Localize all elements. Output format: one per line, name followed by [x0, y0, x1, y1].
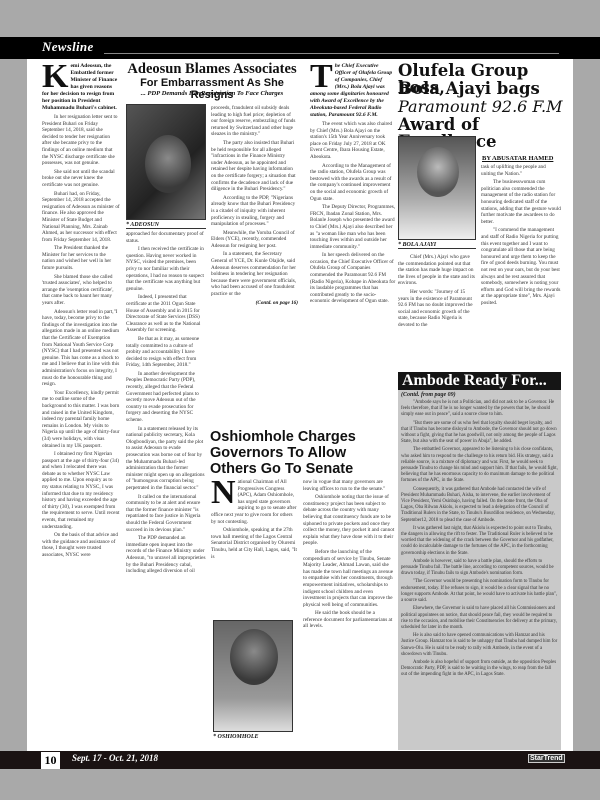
ambode-headline: Ambode Ready For... — [398, 372, 561, 390]
paragraph: "The Governor would be presenting his no… — [401, 579, 558, 604]
brand-logo: StarTrend — [528, 754, 565, 763]
paragraph: Your Excellency, kindly permit me to out… — [42, 390, 120, 449]
paragraph: It was gathered last night, that Akiolu … — [401, 526, 558, 557]
ajayi-column-1: T he Chief Executive Officer of Olufela … — [310, 63, 396, 307]
adeosun-headline-1: Adeosun Blames Associates — [123, 62, 301, 77]
oshiomhole-photo-caption: * OSHIOMHOLE — [213, 734, 293, 740]
paragraph: proceeds, fraudulent oil subsidy deals l… — [211, 105, 298, 138]
paragraph: In a statement, the Secretary General of… — [211, 251, 298, 297]
paragraph: She said not until the scandal broke out… — [42, 169, 120, 189]
paragraph: now in vogue that many governors are lea… — [303, 479, 395, 492]
paragraph: He said the book should be a reference d… — [303, 610, 395, 630]
paragraph: The businesswoman cum politician also co… — [481, 179, 561, 225]
adeosun-column-3: proceeds, fraudulent oil subsidy deals l… — [211, 105, 298, 308]
paragraph: The embattled Governor, appeared to be l… — [401, 447, 558, 484]
dropcap: N — [211, 480, 236, 506]
page-number: 10 — [41, 752, 60, 769]
section-title: Newsline — [42, 39, 94, 55]
oshiomhole-headline-2: Governors To Allow — [210, 445, 398, 461]
paragraph: The President thanked the Minister for h… — [42, 245, 120, 271]
paragraph: It called on the international community… — [126, 494, 206, 534]
ajayi-photo-caption: * BOLA AJAYI — [398, 242, 476, 249]
header-rule — [104, 53, 559, 54]
paragraph: In her resignation letter sent to Presid… — [42, 114, 120, 167]
paragraph: In a statement released by its national … — [126, 426, 206, 492]
paragraph: The party also insisted that Buhari be h… — [211, 140, 298, 193]
paragraph: Ambode is also hopeful of support from o… — [401, 660, 558, 679]
adeosun-photo — [126, 104, 206, 220]
adeosun-photo-caption: * ADEOSUN — [126, 222, 206, 229]
oshiomhole-headline-3: Others Go To Senate — [210, 461, 398, 477]
ajayi-headline-3: Paramount 92.6 F.M — [398, 98, 563, 115]
paragraph: According to the PDP, "Nigerians already… — [211, 195, 298, 228]
paragraph: Chief (Mrs.) Ajayi who gave the commenda… — [398, 254, 476, 287]
adeosun-column-2: approached for documentary proof of stat… — [126, 231, 206, 577]
paragraph: The PDP demanded an immediate open inque… — [126, 535, 206, 575]
paragraph: Before the launching of the compendium o… — [303, 549, 395, 608]
paragraph: Buhari had, on Friday, September 14, 201… — [42, 191, 120, 244]
paragraph: I then received the certificate in quest… — [126, 246, 206, 292]
paragraph: Ambode is however, said to have a battle… — [401, 559, 558, 578]
paragraph: In another development the Peoples Democ… — [126, 371, 206, 424]
paragraph: Elsewhere, the Governor is said to have … — [401, 606, 558, 631]
portrait — [230, 629, 278, 685]
ajayi-column-2: Chief (Mrs.) Ajayi who gave the commenda… — [398, 254, 476, 331]
paragraph: She blamed those she called 'trusted ass… — [42, 274, 120, 307]
portrait — [145, 135, 191, 193]
oshiomhole-photo — [213, 620, 293, 732]
paragraph: "Ambode says he is not a Politician, and… — [401, 400, 558, 419]
bottom-margin — [0, 769, 600, 800]
ajayi-column-3: task of uplifting the people and uniting… — [481, 164, 561, 308]
ajayi-byline: BY ABUSATAR HAMED — [482, 155, 553, 162]
adeosun-column-1: K emi Adeosun, the Embattled former Mini… — [42, 63, 120, 561]
paragraph: On the basis of that advice and with the… — [42, 532, 120, 558]
paragraph: "But there are some of us who feel that … — [401, 421, 558, 446]
ajayi-photo — [398, 136, 476, 240]
dropcap: K — [42, 64, 68, 90]
paragraph: I obtained my first Nigerian passport at… — [42, 451, 120, 530]
paragraph: The Deputy Director, Programmes, FRCN, I… — [310, 204, 396, 250]
oshiomhole-headline-1: Oshiomhole Charges — [210, 429, 398, 445]
adeosun-subhead: ... PDP Demands Her Repatriation To Face… — [123, 90, 301, 97]
top-margin — [0, 0, 600, 37]
portrait — [417, 147, 459, 197]
issue-date: Sept. 17 - Oct. 21, 2018 — [72, 753, 158, 763]
paragraph: Indeed, I presented that certificate at … — [126, 294, 206, 334]
ajayi-headline-2: Bola Ajayi bags — [398, 80, 563, 97]
adeosun-headline-2: For Embarrassment As She Resigns — [123, 77, 301, 101]
paragraph: Adeosun's letter read in part,"I have, t… — [42, 309, 120, 388]
continued-link[interactable]: (Contd. on page 16) — [211, 300, 298, 307]
paragraph: He is also said to have opened communica… — [401, 633, 558, 658]
paragraph: Oshiomhole noting that the issue of cons… — [303, 494, 395, 547]
paragraph: Her words: "Journey of 15 years in the e… — [398, 289, 476, 329]
paragraph: The event which was also chaired by Chie… — [310, 121, 396, 161]
paragraph: Oshiomhole, speaking at the 27th town ha… — [211, 527, 297, 560]
paragraph: In her speech delivered on the occasion,… — [310, 252, 396, 305]
paragraph: approached for documentary proof of stat… — [126, 231, 206, 244]
paragraph: Be that as it may, as someone totally co… — [126, 336, 206, 369]
paragraph: According to the Management of the radio… — [310, 163, 396, 203]
paragraph: Meanwhile, the Yoruba Council of Elders … — [211, 230, 298, 250]
paragraph: task of uplifting the people and uniting… — [481, 164, 561, 177]
ambode-body: "Ambode says he is not a Politician, and… — [401, 400, 558, 681]
dropcap: T — [310, 64, 333, 90]
paragraph: "I commend the management and staff of R… — [481, 227, 561, 306]
paragraph: Consequently, it was gathered that Ambod… — [401, 487, 558, 524]
continued-from: (Contd. from page 09) — [401, 392, 456, 398]
oshiomhole-column-1: N ational Chairman of All Progressives C… — [211, 479, 297, 562]
oshiomhole-column-2: now in vogue that many governors are lea… — [303, 479, 395, 632]
